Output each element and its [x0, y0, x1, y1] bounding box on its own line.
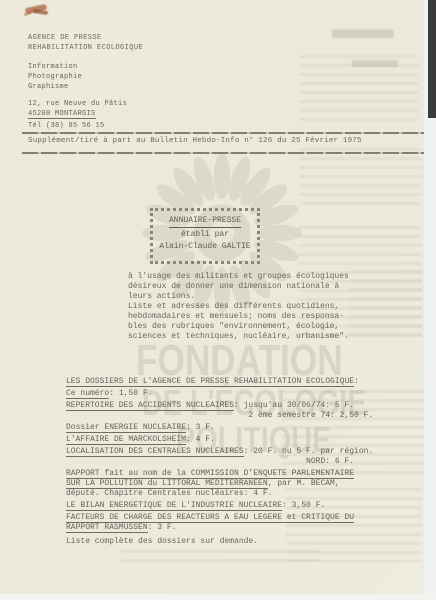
dossier-line: Ce numéro: 1,50 F.	[66, 389, 373, 399]
dossier-item: REPERTOIRE DES ACCIDENTS NUCLEAIRES: jus…	[66, 401, 373, 421]
dossier-item: LES DOSSIERS DE L'AGENCE DE PRESSE REHAB…	[66, 377, 373, 387]
dossier-line: député. Chapitre Centrales nucléaires: 4…	[66, 489, 373, 499]
agency-name-line2: REHABILITATION ECOLOGIQUE	[28, 43, 143, 53]
horizontal-rule-top	[22, 132, 425, 134]
text-line: leurs actions.	[128, 292, 349, 302]
scan-edge-dark-bar	[428, 0, 436, 118]
dossier-item: RAPPORT fait au nom de la COMMISSION D'E…	[66, 469, 373, 499]
text-line: Liste et adresses des différents quotidi…	[128, 302, 349, 312]
address-street: 12, rue Neuve du Pâtis	[28, 99, 127, 109]
dossier-line: 2 ème semestre 74: 2,50 F.	[66, 411, 373, 421]
service-item: Graphisme	[28, 82, 82, 92]
stamp-smudge	[352, 60, 398, 67]
dossier-line: FACTEURS DE CHARGE DES REACTEURS A EAU L…	[66, 513, 373, 523]
dossier-line: L'AFFAIRE DE MARCKOLSHEIM: 4 F.	[66, 435, 373, 445]
intro-paragraph: à l'usage des militants et groupes écolo…	[128, 272, 349, 342]
bleed-through-block	[350, 270, 422, 336]
dossier-item: L'AFFAIRE DE MARCKOLSHEIM: 4 F.	[66, 435, 373, 445]
staple-rust-stain	[33, 9, 48, 15]
annuaire-title: ANNUAIRE-PRESSE	[169, 215, 241, 228]
dossier-item: Dossier ENERGIE NUCLEAIRE: 3 F.	[66, 423, 373, 433]
text-line: sciences et techniques, nucléaire, urban…	[128, 332, 349, 342]
dossier-item: FACTEURS DE CHARGE DES REACTEURS A EAU L…	[66, 513, 373, 533]
dossier-item: Ce numéro: 1,50 F.	[66, 389, 373, 399]
bleed-through-block	[120, 550, 320, 564]
stamp-smudge	[332, 29, 394, 38]
dossier-item: LOCALISATION DES CENTRALES NUCLEAIRES: 2…	[66, 447, 373, 467]
footer-note: Liste complète des dossiers sur demande.	[66, 537, 258, 546]
agency-name-line1: AGENCE DE PRESSE	[28, 33, 143, 43]
dossier-line: SUR LA POLLUTION du LITTORAL MEDITERRANE…	[66, 479, 373, 489]
agency-name: AGENCE DE PRESSE REHABILITATION ECOLOGIQ…	[28, 33, 143, 53]
horizontal-rule-bottom	[22, 152, 425, 154]
supplement-title: Supplément/tiré à part au Bulletin Hebdo…	[28, 137, 362, 145]
scan-edge-bottom	[0, 594, 436, 600]
dossier-line: LES DOSSIERS DE L'AGENCE DE PRESSE REHAB…	[66, 377, 373, 387]
dossier-line: LOCALISATION DES CENTRALES NUCLEAIRES: 2…	[66, 447, 373, 457]
text-line: bles des rubriques "environnement, écolo…	[128, 322, 349, 332]
annuaire-author: Alain-Claude GALTIE	[153, 241, 257, 253]
agency-phone: Tél (38) 85 56 15	[28, 122, 105, 130]
dossier-item: LE BILAN ENERGETIQUE DE L'INDUSTRIE NUCL…	[66, 501, 373, 511]
dossier-line: NORD: 6 F.	[66, 457, 373, 467]
address-city: 45200 MONTARGIS	[28, 109, 127, 119]
text-line: hebdomadaires et mensuels; noms des resp…	[128, 312, 349, 322]
agency-services: Information Photographie Graphisme	[28, 62, 82, 92]
text-line: désireux de donner une dimension nationa…	[128, 282, 349, 292]
scanned-document-page: FONDATION DE L'ÉCOLOGIE POLITIQUE AGENCE…	[0, 0, 436, 600]
agency-address: 12, rue Neuve du Pâtis 45200 MONTARGIS	[28, 99, 127, 119]
service-item: Information	[28, 62, 82, 72]
dossier-list: LES DOSSIERS DE L'AGENCE DE PRESSE REHAB…	[66, 377, 373, 535]
annuaire-presse-box: ANNUAIRE-PRESSE établi par Alain-Claude …	[150, 208, 260, 264]
dossier-line: RAPPORT fait au nom de la COMMISSION D'E…	[66, 469, 373, 479]
service-item: Photographie	[28, 72, 82, 82]
bleed-through-block	[300, 148, 422, 206]
annuaire-byline: établi par	[153, 229, 257, 241]
text-line: à l'usage des militants et groupes écolo…	[128, 272, 349, 282]
dossier-line: RAPPORT RASMUSSEN: 3 F.	[66, 523, 373, 533]
dossier-line: Dossier ENERGIE NUCLEAIRE: 3 F.	[66, 423, 373, 433]
dossier-line: LE BILAN ENERGETIQUE DE L'INDUSTRIE NUCL…	[66, 501, 373, 511]
dossier-line: REPERTOIRE DES ACCIDENTS NUCLEAIRES: jus…	[66, 401, 373, 411]
